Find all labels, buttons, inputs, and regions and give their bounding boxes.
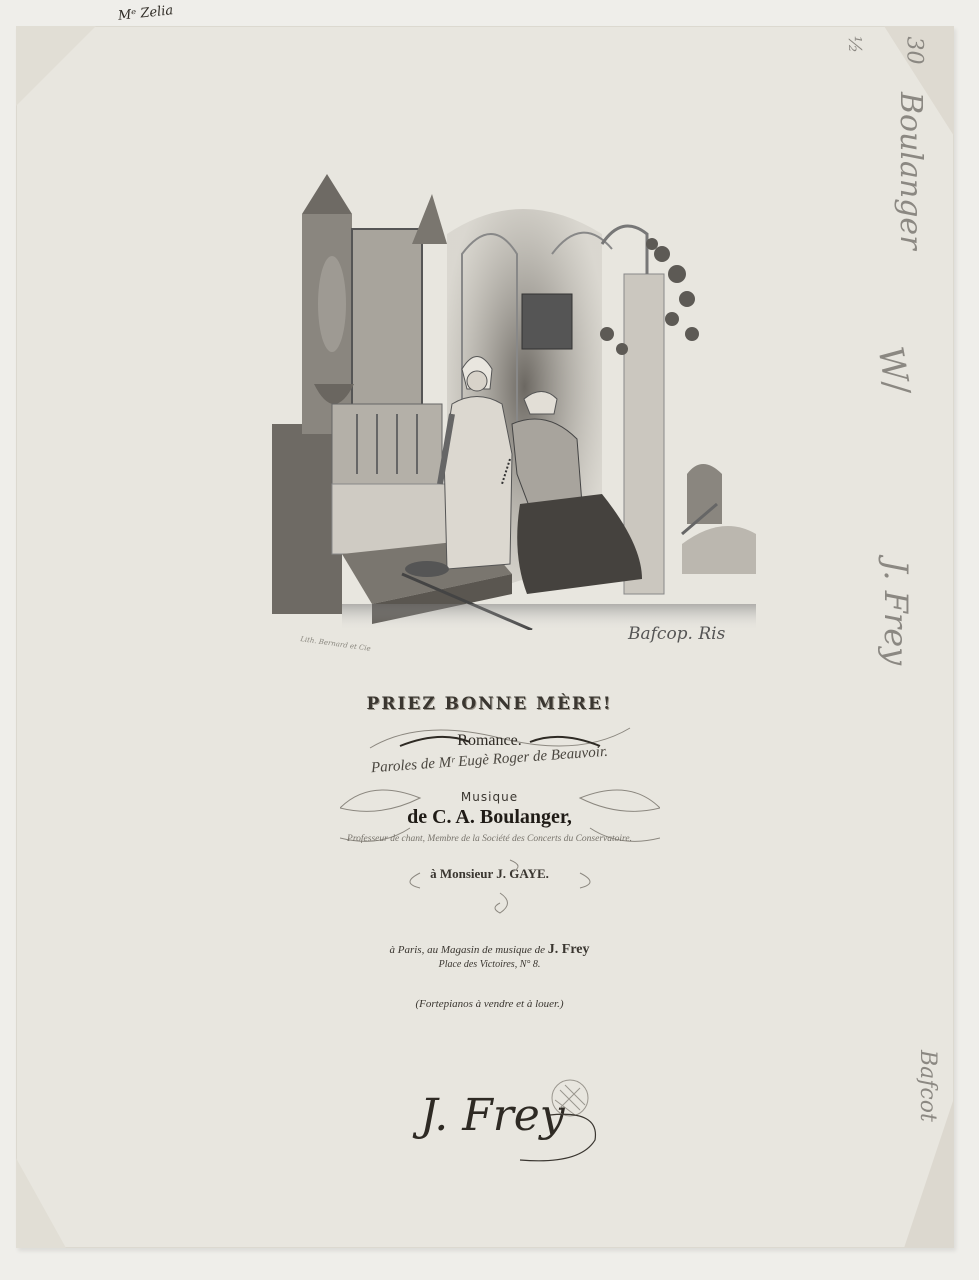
annotation-mark: W/ (869, 344, 916, 397)
composer-title: Professeur de chant, Membre de la Sociét… (0, 834, 979, 844)
annotation-bafcot: Bafcot (915, 1050, 940, 1122)
dedication-flourish (400, 858, 600, 918)
annotation-top-left: Mᵉ Zelia (117, 3, 174, 24)
signature-paraph (410, 1070, 610, 1180)
annotation-boulanger: Boulanger (893, 92, 928, 250)
publisher-prefix: à Paris, au Magasin de musique de (390, 944, 546, 956)
lithograph-illustration (262, 174, 756, 630)
mount-corner-bottom-left (16, 1158, 66, 1248)
annotation-frey: J. Frey (877, 560, 915, 665)
fortepiano-note: (Fortepianos à vendre et à louer.) (0, 998, 979, 1010)
publisher-address: Place des Victoires, N° 8. (0, 959, 979, 970)
artist-signature: Bafcop. Ris (628, 624, 725, 644)
song-title: PRIEZ BONNE MÈRE! (0, 694, 979, 714)
annotation-fraction: ½ (844, 36, 865, 53)
composer-name: de C. A. Boulanger, (0, 806, 979, 829)
publisher-name: J. Frey (548, 942, 590, 957)
mount-corner-top-left (16, 26, 96, 106)
publisher-line: à Paris, au Magasin de musique de J. Fre… (0, 942, 979, 958)
annotation-page-number: 30 (902, 37, 927, 65)
music-label: Musique (0, 790, 979, 804)
